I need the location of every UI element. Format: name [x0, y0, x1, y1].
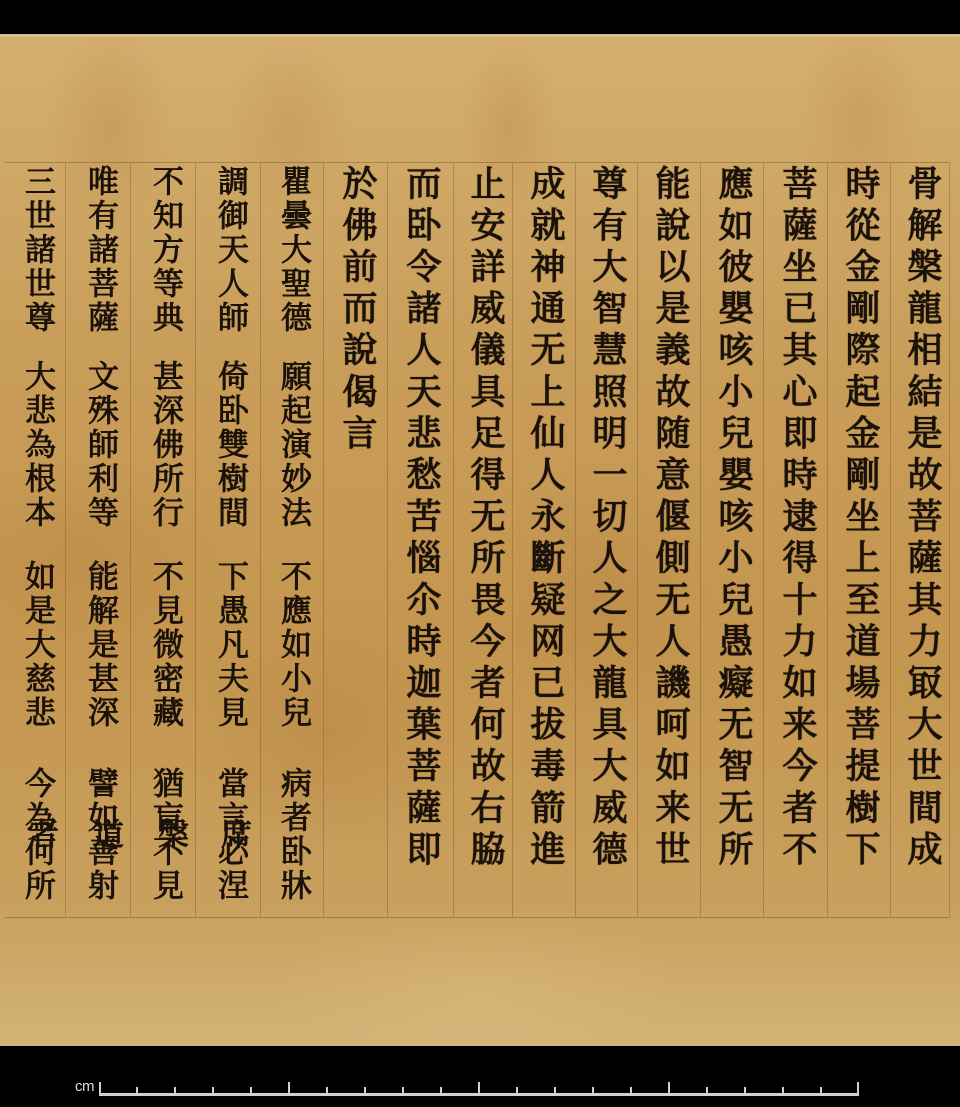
paper-top-edge [0, 34, 960, 37]
centimeter-scale-bar [99, 1093, 859, 1096]
major-tick [857, 1082, 859, 1096]
minor-tick [250, 1087, 252, 1096]
column-rule [700, 163, 701, 917]
verse-line: 倚卧雙樹間 [200, 360, 260, 530]
prose-column-8: 止安詳威儀具足得无所畏今者何故右脇 [455, 165, 515, 872]
verse-line: 大悲為根本 [7, 360, 67, 530]
verse-line: 不應如小兒 [263, 560, 323, 730]
major-tick [668, 1082, 670, 1096]
verse-line: 今為何所在 [7, 755, 67, 915]
prose-column-5: 能說以是義故随意偃側无人譏呵如来世 [640, 165, 700, 872]
column-rule [130, 163, 131, 917]
prose-column-7: 成就神通无上仙人永斷疑网已拔毒箭進 [515, 165, 575, 872]
verse-line: 能解是甚深 [70, 560, 130, 730]
prose-column-3: 菩薩坐已其心即時逮得十力如来今者不 [767, 165, 827, 872]
verse-line: 三世諸世尊 [7, 165, 67, 335]
scale-unit-label: cm [75, 1078, 94, 1095]
prose-column-10: 於佛前而說偈言 [327, 165, 387, 456]
verse-line: 當言必涅槃 [200, 755, 260, 915]
prose-column-4: 應如彼嬰咳小兒嬰咳小兒愚癡无智无所 [703, 165, 763, 872]
prose-column-2: 時從金剛際起金剛坐上至道場菩提樹下 [830, 165, 890, 872]
verse-line: 調御天人師 [200, 165, 260, 335]
minor-tick [554, 1087, 556, 1096]
verse-line: 下愚凡夫見 [200, 560, 260, 730]
ruled-text-area: 骨解槃龍相結是故菩薩其力冣大世間成 時從金剛際起金剛坐上至道場菩提樹下 菩薩坐已… [5, 162, 950, 918]
minor-tick [820, 1087, 822, 1096]
column-rule [195, 163, 196, 917]
prose-column-9: 而卧令諸人天悲愁苦惱尒時迦葉菩薩即 [391, 165, 451, 872]
minor-tick [136, 1087, 138, 1096]
verse-line: 猶盲不見道 [135, 755, 195, 915]
minor-tick [364, 1087, 366, 1096]
minor-tick [326, 1087, 328, 1096]
verse-line: 唯有諸菩薩 [70, 165, 130, 335]
minor-tick [174, 1087, 176, 1096]
minor-tick [630, 1087, 632, 1096]
verse-line: 病者卧牀席 [263, 755, 323, 915]
major-tick [288, 1082, 290, 1096]
minor-tick [440, 1087, 442, 1096]
column-rule [763, 163, 764, 917]
major-tick [478, 1082, 480, 1096]
minor-tick [782, 1087, 784, 1096]
verse-line: 不見微密藏 [135, 560, 195, 730]
verse-line: 甚深佛所行 [135, 360, 195, 530]
column-rule [260, 163, 261, 917]
black-bottom-border [0, 1046, 960, 1107]
verse-column-11: 瞿曇大聖德 願起演妙法 不應如小兒 病者卧牀席 [263, 165, 323, 915]
verse-line: 瞿曇大聖德 [263, 165, 323, 335]
verse-column-15: 三世諸世尊 大悲為根本 如是大慈悲 今為何所在 [7, 165, 67, 915]
verse-line: 譬如善射者 [70, 755, 130, 915]
minor-tick [516, 1087, 518, 1096]
verse-line: 如是大慈悲 [7, 560, 67, 730]
column-rule [323, 163, 324, 917]
verse-line: 文殊師利等 [70, 360, 130, 530]
verse-column-12: 調御天人師 倚卧雙樹間 下愚凡夫見 當言必涅槃 [200, 165, 260, 915]
verse-line: 願起演妙法 [263, 360, 323, 530]
column-rule [453, 163, 454, 917]
column-rule [575, 163, 576, 917]
minor-tick [592, 1087, 594, 1096]
column-rule [827, 163, 828, 917]
minor-tick [706, 1087, 708, 1096]
column-rule [387, 163, 388, 917]
major-tick [99, 1082, 101, 1096]
prose-column-1: 骨解槃龍相結是故菩薩其力冣大世間成 [892, 165, 952, 872]
prose-column-6: 尊有大智慧照明一切人之大龍具大威德 [577, 165, 637, 872]
verse-line: 不知方等典 [135, 165, 195, 335]
verse-column-14: 唯有諸菩薩 文殊師利等 能解是甚深 譬如善射者 [70, 165, 130, 915]
black-top-border [0, 0, 960, 34]
minor-tick [744, 1087, 746, 1096]
verse-column-13: 不知方等典 甚深佛所行 不見微密藏 猶盲不見道 [135, 165, 195, 915]
column-rule [890, 163, 891, 917]
minor-tick [402, 1087, 404, 1096]
minor-tick [212, 1087, 214, 1096]
column-rule [637, 163, 638, 917]
